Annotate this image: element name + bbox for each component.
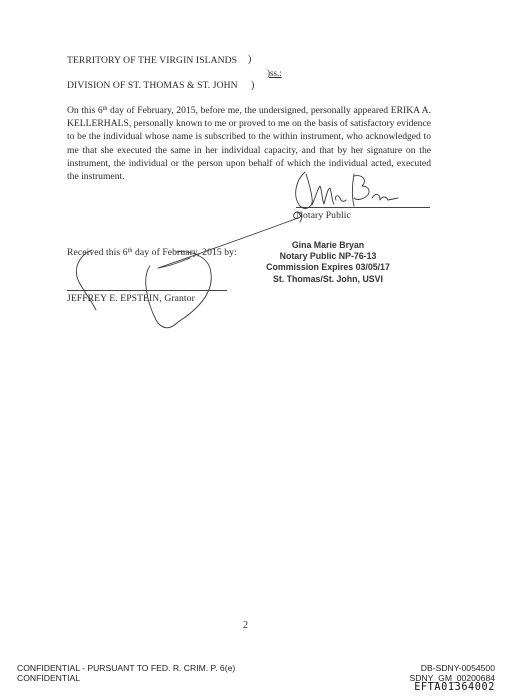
- footer-confidential: CONFIDENTIAL: [17, 673, 80, 683]
- venue-paren-1: ): [248, 54, 251, 65]
- received-prefix: Received this 6: [67, 247, 128, 258]
- footer-bates-efta: EFTA01364002: [414, 682, 495, 693]
- stamp-name: Gina Marie Bryan: [252, 240, 404, 251]
- grantor-signature-line: [67, 290, 227, 291]
- ack-intro: On this 6: [67, 105, 103, 116]
- acknowledgment-paragraph: On this 6th day of February, 2015, befor…: [67, 104, 431, 183]
- received-statement: Received this 6th day of February, 2015 …: [67, 247, 237, 258]
- page-number: 2: [243, 620, 248, 631]
- grantor-label: JEFFREY E. EPSTEIN, Grantor: [67, 293, 195, 304]
- stamp-commission-number: Notary Public NP-76-13: [252, 251, 404, 262]
- notary-signature-line: [296, 207, 430, 208]
- footer-bates-db: DB-SDNY-0054500: [421, 663, 495, 673]
- notary-stamp: Gina Marie Bryan Notary Public NP-76-13 …: [252, 240, 404, 285]
- footer-confidential-rule: CONFIDENTIAL - PURSUANT TO FED. R. CRIM.…: [17, 663, 235, 673]
- venue-division: DIVISION OF ST. THOMAS & ST. JOHN: [67, 80, 238, 91]
- venue-ss: )ss.:: [267, 68, 282, 78]
- ack-body: day of February, 2015, before me, the un…: [67, 105, 431, 182]
- stamp-expiration: Commission Expires 03/05/17: [252, 262, 404, 273]
- venue-territory: TERRITORY OF THE VIRGIN ISLANDS: [67, 55, 237, 66]
- received-suffix: day of February, 2015 by:: [133, 247, 237, 258]
- notary-public-label: Notary Public: [296, 210, 351, 221]
- venue-paren-2: ): [251, 80, 254, 91]
- stamp-location: St. Thomas/St. John, USVI: [252, 274, 404, 285]
